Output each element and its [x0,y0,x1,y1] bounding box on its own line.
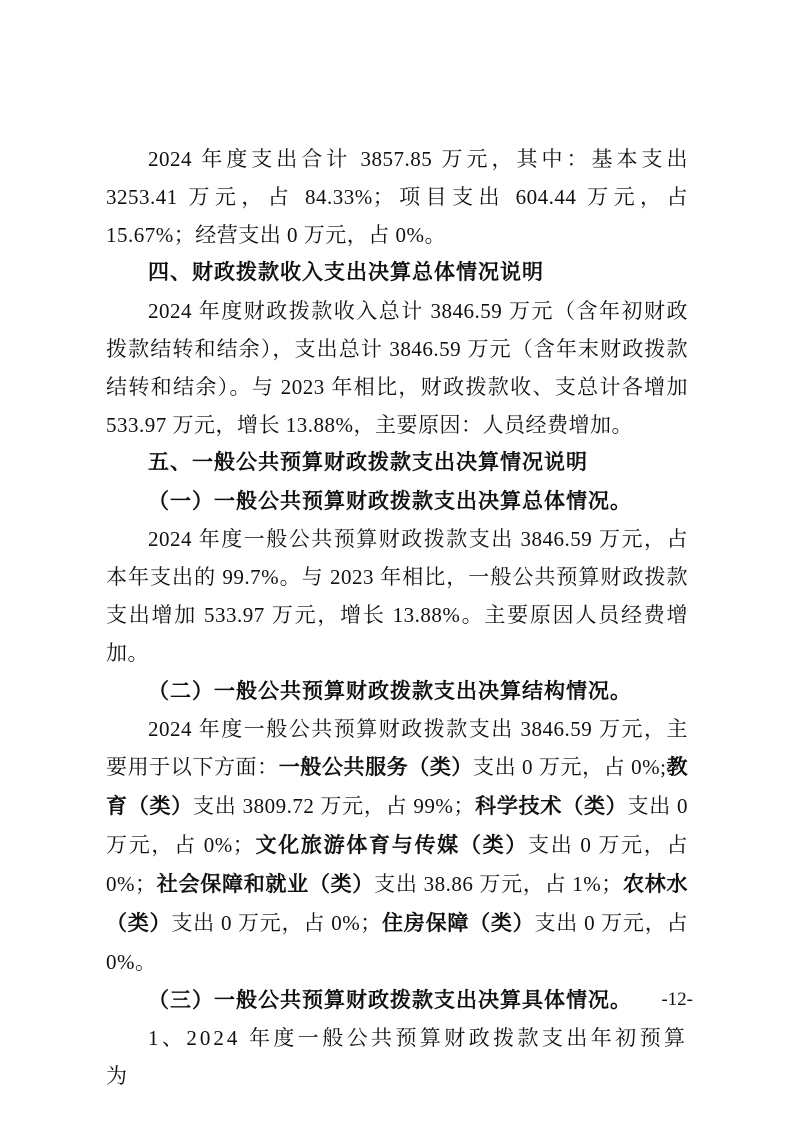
paragraph-expenditure-structure: 2024 年度一般公共预算财政拨款支出 3846.59 万元，主要用于以下方面：… [106,710,688,981]
text-run: （二）一般公共预算财政拨款支出决算结构情况。 [148,679,632,703]
category-science-technology: 科学技术（类） [475,795,628,818]
text-run: 2024 年度一般公共预算财政拨款支出 3846.59 万元，占本年支出的 99… [106,527,688,665]
text-run: （三）一般公共预算财政拨款支出决算具体情况。 [148,988,632,1012]
text-run: 2024 年度财政拨款收入总计 3846.59 万元（含年初财政拨款结转和结余）… [106,299,688,437]
subheading-section-5-1: （一）一般公共预算财政拨款支出决算总体情况。 [106,482,688,520]
heading-section-5: 五、一般公共预算财政拨款支出决算情况说明 [106,444,688,482]
text-run: 1、2024 年度一般公共预算财政拨款支出年初预算为 [106,1026,688,1088]
paragraph-general-budget-overview: 2024 年度一般公共预算财政拨款支出 3846.59 万元，占本年支出的 99… [106,520,688,672]
subheading-section-5-3: （三）一般公共预算财政拨款支出决算具体情况。 [106,981,688,1019]
text-run: 2024 年度支出合计 3857.85 万元，其中：基本支出 3253.41 万… [106,147,688,247]
text-run: 四、财政拨款收入支出决算总体情况说明 [148,261,544,284]
paragraph-fiscal-appropriation-overview: 2024 年度财政拨款收入总计 3846.59 万元（含年初财政拨款结转和结余）… [106,292,688,444]
text-run: 支出 0 万元，占 0%; [473,755,666,779]
paragraph-expenditure-total: 2024 年度支出合计 3857.85 万元，其中：基本支出 3253.41 万… [106,140,688,254]
subheading-section-5-2: （二）一般公共预算财政拨款支出决算结构情况。 [106,672,688,710]
category-general-public-services: 一般公共服务（类） [279,756,473,779]
text-run: 支出 38.86 万元，占 1%； [374,872,623,896]
document-body: 2024 年度支出合计 3857.85 万元，其中：基本支出 3253.41 万… [106,140,688,1095]
text-run: （一）一般公共预算财政拨款支出决算总体情况。 [148,489,632,513]
text-run: 五、一般公共预算财政拨款支出决算情况说明 [148,451,588,474]
page-number: -12- [661,988,693,1012]
text-run: 支出 3809.72 万元，占 99%； [193,794,475,818]
text-run: 支出 0 万元，占 0%； [171,911,381,935]
paragraph-initial-budget-intro: 1、2024 年度一般公共预算财政拨款支出年初预算为 [106,1019,688,1095]
category-housing-security: 住房保障（类） [382,912,535,935]
heading-section-4: 四、财政拨款收入支出决算总体情况说明 [106,254,688,292]
document-page: 2024 年度支出合计 3857.85 万元，其中：基本支出 3253.41 万… [0,0,793,1122]
category-social-security-employment: 社会保障和就业（类） [157,873,375,896]
category-culture-tourism-sports-media: 文化旅游体育与传媒（类） [254,834,528,857]
